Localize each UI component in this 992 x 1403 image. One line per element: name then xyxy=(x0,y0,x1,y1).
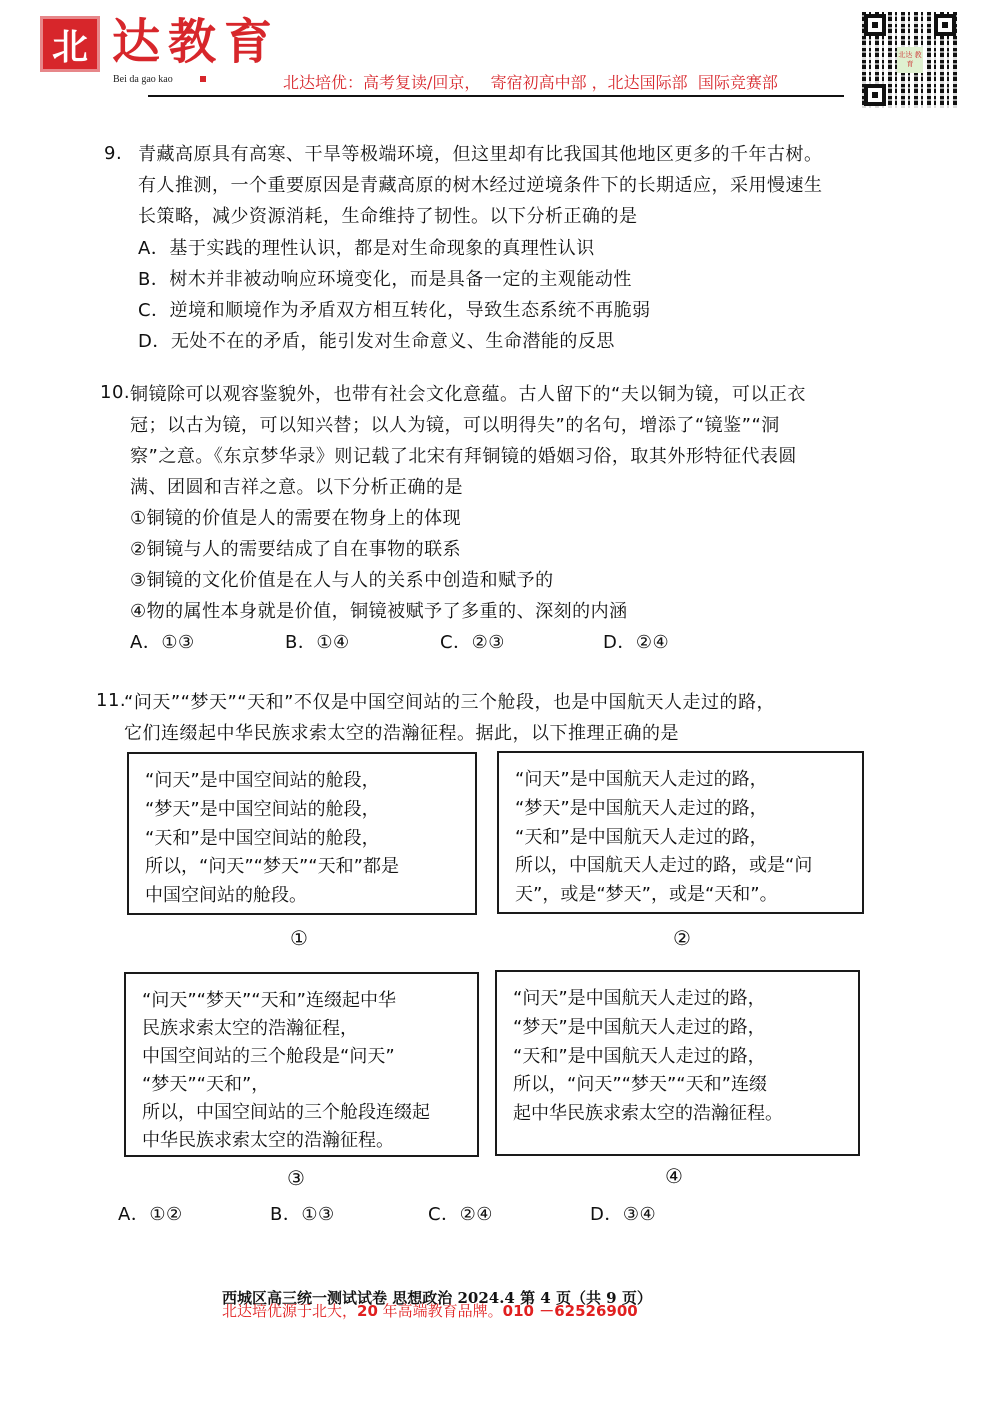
header-divider xyxy=(148,95,844,97)
logo-badge: 北 xyxy=(40,16,100,72)
option-a: A．基于实践的理性认识，都是对生命现象的真理性认识 xyxy=(138,234,595,260)
option-c: C．②④ xyxy=(428,1200,493,1226)
logo-glyph: 北 xyxy=(52,19,88,70)
option-b: B．①④ xyxy=(285,628,350,654)
box-line: “问天”是中国航天人走过的路， xyxy=(515,765,768,791)
box-line: 中国空间站的三个舱段是“问天” xyxy=(142,1042,395,1068)
box-label-2: ② xyxy=(673,926,691,950)
box-line: “问天”是中国航天人走过的路， xyxy=(513,984,766,1010)
option-b: B．树木并非被动响应环境变化，而是具备一定的主观能动性 xyxy=(138,265,632,291)
watermark-phone: 010 －62526900 xyxy=(503,1302,638,1320)
statement-3: ③铜镜的文化价值是在人与人的关系中创造和赋予的 xyxy=(130,566,554,592)
option-a: A．①② xyxy=(118,1200,183,1226)
question-stem-line: 满、团圆和吉祥之意。以下分析正确的是 xyxy=(130,473,463,499)
box-line: 天”，或是“梦天”，或是“天和”。 xyxy=(515,880,778,906)
box-line: “梦天”是中国航天人走过的路， xyxy=(515,794,768,820)
statement-4: ④物的属性本身就是价值，铜镜被赋予了多重的、深刻的内涵 xyxy=(130,597,628,623)
option-b: B．①③ xyxy=(270,1200,335,1226)
box-line: “梦天”是中国航天人走过的路， xyxy=(513,1013,766,1039)
option-c: C．逆境和顺境作为矛盾双方相互转化，导致生态系统不再脆弱 xyxy=(138,296,651,322)
box-line: 中华民族求索太空的浩瀚征程。 xyxy=(142,1126,394,1152)
statement-2: ②铜镜与人的需要结成了自在事物的联系 xyxy=(130,535,461,561)
box-line: 所以，“问天”“梦天”“天和”连缀 xyxy=(513,1070,767,1096)
option-d: D．③④ xyxy=(590,1200,656,1226)
qr-finder-top-right xyxy=(934,14,956,36)
question-stem-line: 它们连缀起中华民族求索太空的浩瀚征程。据此，以下推理正确的是 xyxy=(124,719,679,745)
box-line: 所以，中国航天人走过的路，或是“问 xyxy=(515,851,812,877)
option-d: D．无处不在的矛盾，能引发对生命意义、生命潜能的反思 xyxy=(138,327,615,353)
option-d: D．②④ xyxy=(603,628,669,654)
box-label-1: ① xyxy=(290,926,308,950)
question-number: 9. xyxy=(104,143,122,164)
watermark-prefix: 北达培优源于北大， xyxy=(222,1302,357,1320)
box-line: 所以，“问天”“梦天”“天和”都是 xyxy=(145,852,399,878)
logo-title: 达教育 xyxy=(112,14,280,70)
statement-1: ①铜镜的价值是人的需要在物身上的体现 xyxy=(130,504,461,530)
question-number: 10. xyxy=(100,382,130,403)
header-slogan: 北达培优：高考复读/回京， 寄宿初高中部 ，北达国际部 国际竞赛部 xyxy=(283,70,778,93)
box-line: “梦天”是中国空间站的舱段， xyxy=(145,795,380,821)
box-line: “问天”是中国空间站的舱段， xyxy=(145,766,380,792)
question-stem-line: 察”之意。《东京梦华录》则记载了北宋有拜铜镜的婚姻习俗，取其外形特征代表圆 xyxy=(130,442,797,468)
box-line: 所以，中国空间站的三个舱段连缀起 xyxy=(142,1098,430,1124)
box-line: 中国空间站的舱段。 xyxy=(145,881,307,907)
box-line: 起中华民族求索太空的浩瀚征程。 xyxy=(513,1099,783,1125)
question-stem-line: “问天”“梦天”“天和”不仅是中国空间站的三个舱段，也是中国航天人走过的路， xyxy=(124,688,775,714)
question-stem-line: 有人推测，一个重要原因是青藏高原的树木经过逆境条件下的长期适应，采用慢速生 xyxy=(138,171,823,197)
reasoning-box-4: “问天”是中国航天人走过的路， “梦天”是中国航天人走过的路， “天和”是中国航… xyxy=(495,970,860,1156)
question-stem-line: 长策略，减少资源消耗，生命维持了韧性。以下分析正确的是 xyxy=(138,202,638,228)
logo-subtitle: Bei da gao kao xyxy=(113,74,173,85)
question-number: 11. xyxy=(96,690,126,711)
question-stem-line: 青藏高原具有高寒、干旱等极端环境，但这里却有比我国其他地区更多的千年古树。 xyxy=(138,140,823,166)
watermark-mid: 年高端教育品牌。 xyxy=(378,1302,503,1320)
box-line: “天和”是中国航天人走过的路， xyxy=(513,1042,766,1068)
option-a: A．①③ xyxy=(130,628,195,654)
box-label-3: ③ xyxy=(287,1166,305,1190)
reasoning-box-1: “问天”是中国空间站的舱段， “梦天”是中国空间站的舱段， “天和”是中国空间站… xyxy=(127,752,477,915)
logo-square-icon xyxy=(200,76,206,82)
question-stem-line: 冠；以古为镜，可以知兴替；以人为镜，可以明得失”的名句，增添了“镜鉴”“洞 xyxy=(130,411,780,437)
watermark-years: 20 xyxy=(357,1302,378,1320)
box-line: 民族求索太空的浩瀚征程， xyxy=(142,1014,358,1040)
reasoning-box-2: “问天”是中国航天人走过的路， “梦天”是中国航天人走过的路， “天和”是中国航… xyxy=(497,751,864,914)
qr-center-logo: 北达 教育 xyxy=(897,47,923,73)
question-stem-line: 铜镜除可以观容鉴貌外，也带有社会文化意蕴。古人留下的“夫以铜为镜，可以正衣 xyxy=(130,380,806,406)
page-footer-watermark: 北达培优源于北大，20 年高端教育品牌。010 －62526900 xyxy=(222,1300,638,1321)
option-c: C．②③ xyxy=(440,628,505,654)
reasoning-box-3: “问天”“梦天”“天和”连缀起中华 民族求索太空的浩瀚征程， 中国空间站的三个舱… xyxy=(124,972,479,1157)
box-line: “天和”是中国空间站的舱段， xyxy=(145,824,380,850)
box-line: “天和”是中国航天人走过的路， xyxy=(515,823,768,849)
box-line: “梦天”“天和”， xyxy=(142,1070,269,1096)
qr-finder-top-left xyxy=(864,14,886,36)
box-label-4: ④ xyxy=(665,1164,683,1188)
box-line: “问天”“梦天”“天和”连缀起中华 xyxy=(142,986,396,1012)
qr-finder-bottom-left xyxy=(864,84,886,106)
